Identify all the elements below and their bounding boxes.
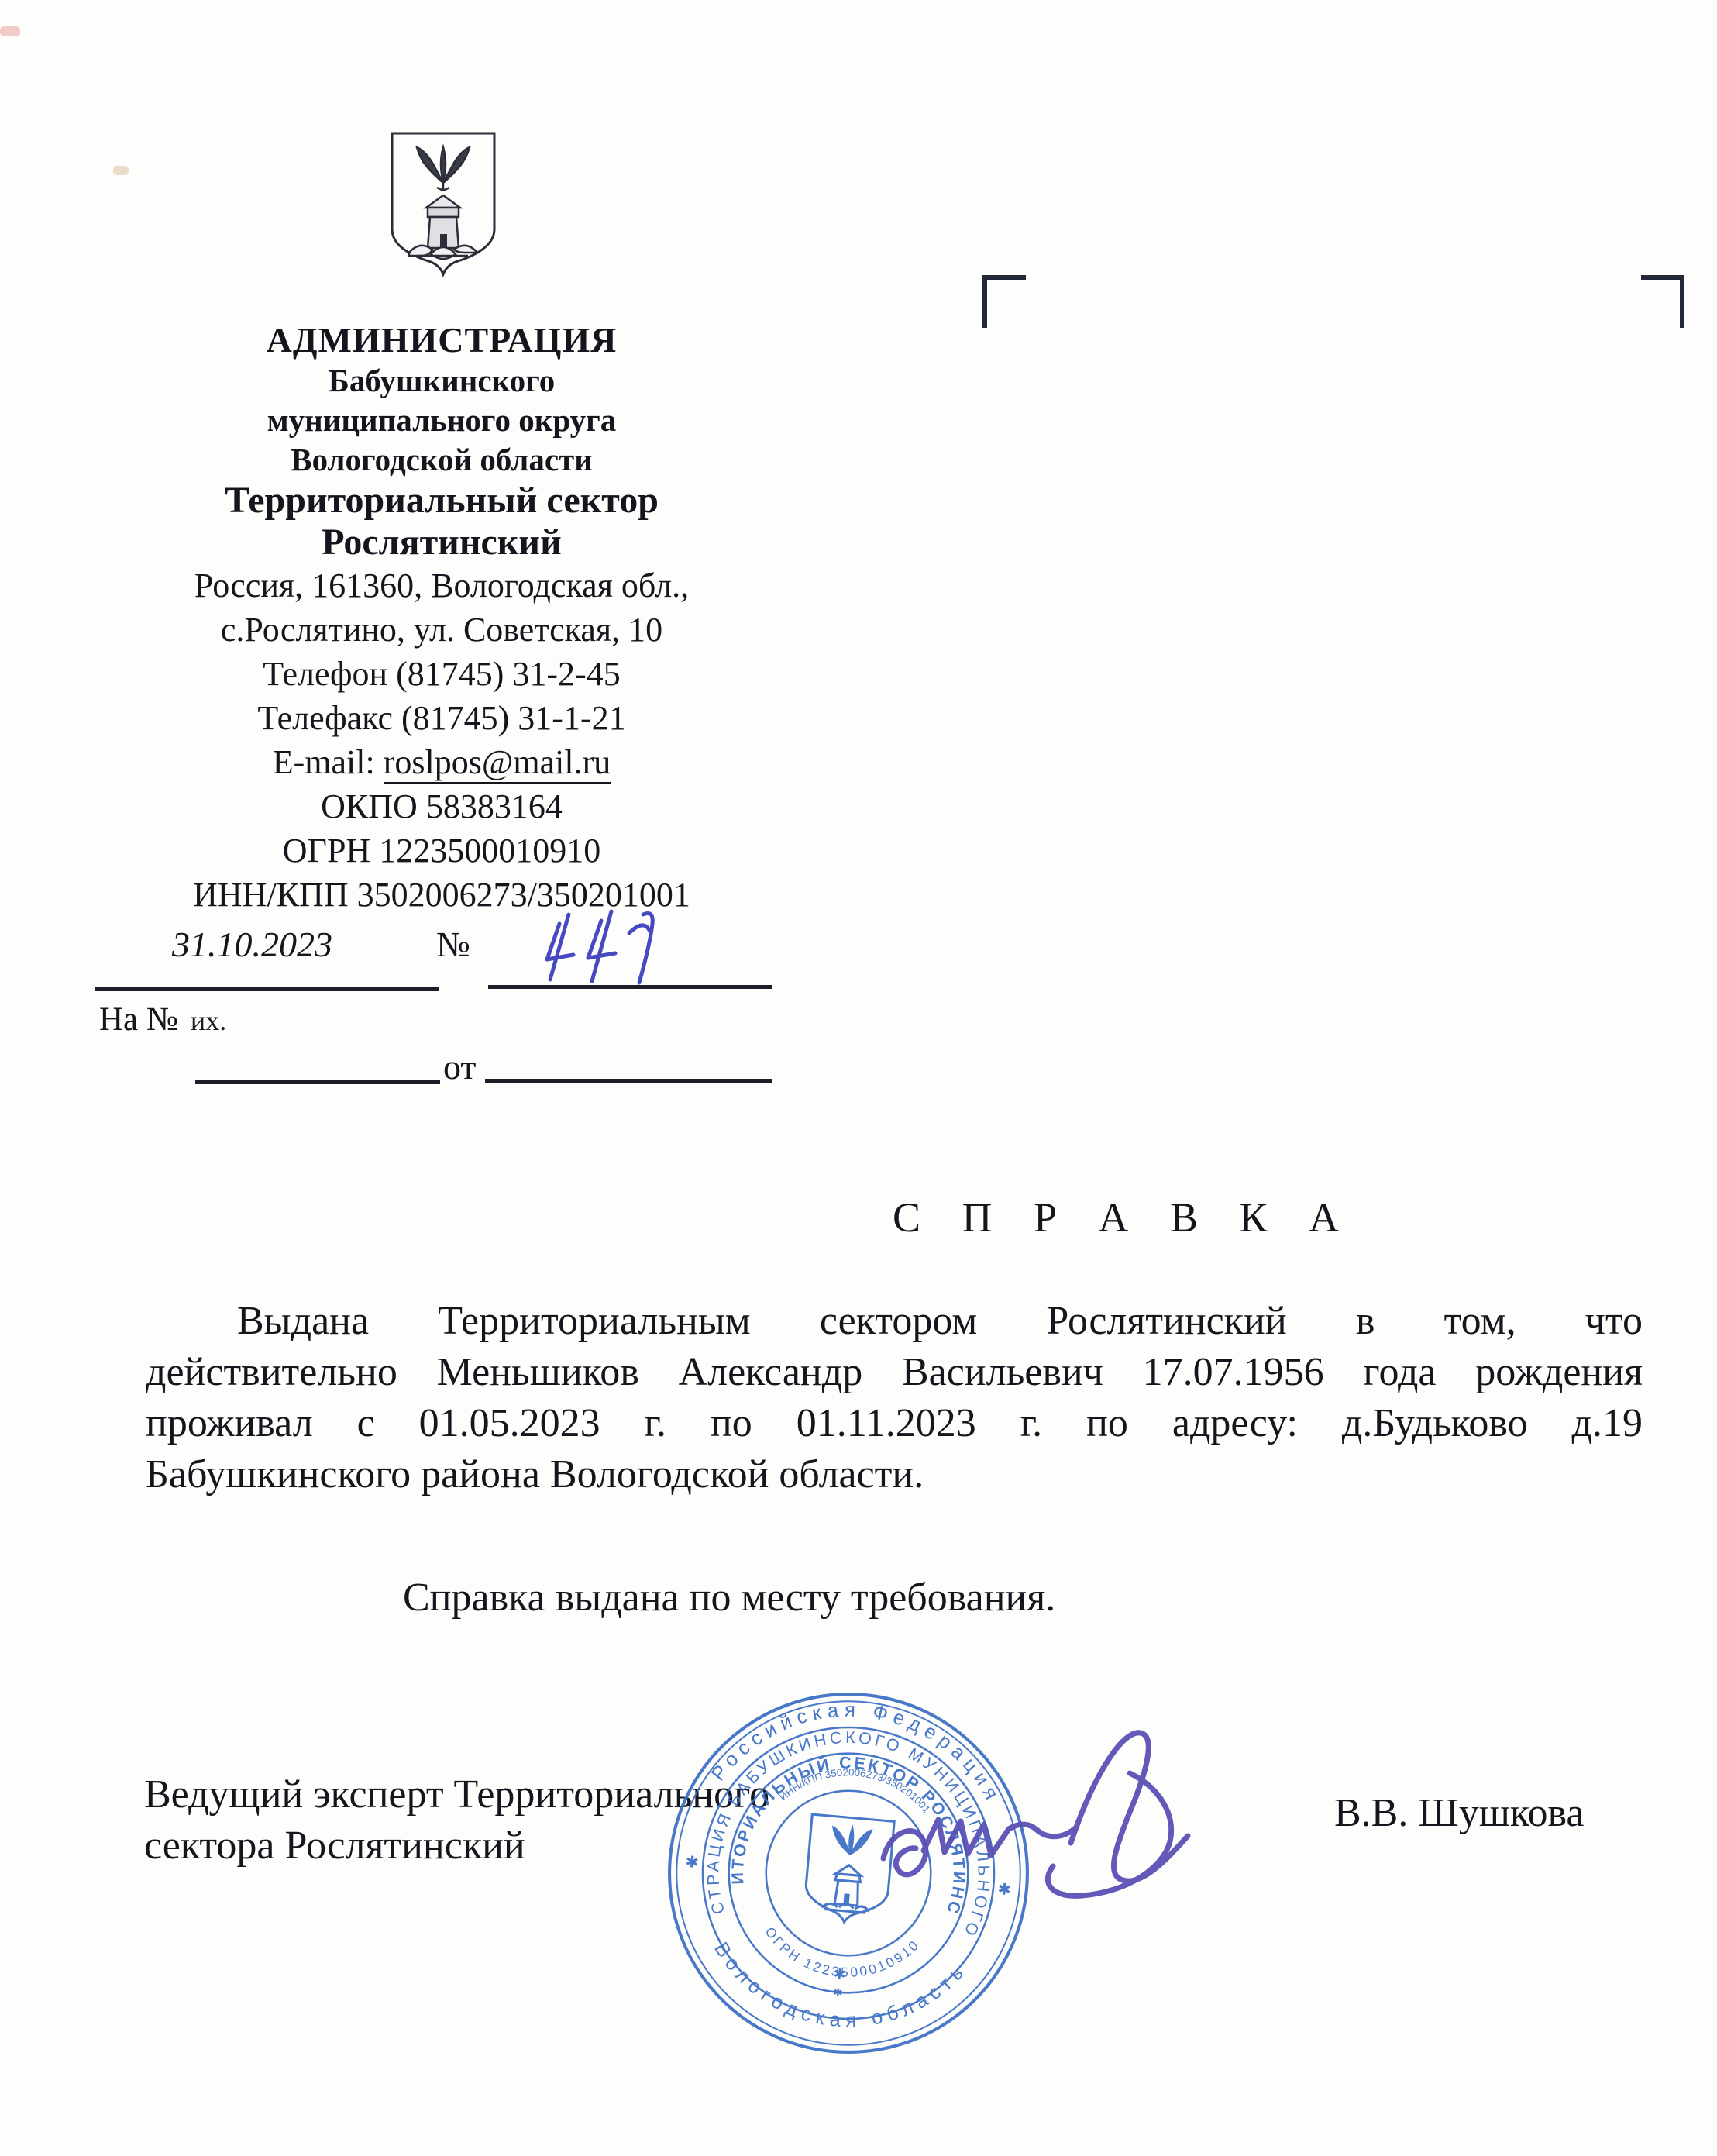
document-title: С П Р А В К А xyxy=(893,1193,1354,1242)
inn-kpp-line: ИНН/КПП 3502006273/350201001 xyxy=(99,873,784,917)
email-address: roslpos@mail.ru xyxy=(384,743,611,784)
reference-row: На №их. xyxy=(99,1001,226,1038)
org-name-line2: Бабушкинского xyxy=(99,361,784,401)
body-line-1: Выдана Территориальным сектором Рослятин… xyxy=(146,1296,1643,1347)
org-name-line3: муниципального округа xyxy=(99,401,784,440)
reference-suffix: их. xyxy=(191,1005,226,1036)
body-line-4: Бабушкинского района Вологодской области… xyxy=(146,1449,1643,1500)
org-name-line1: АДМИНИСТРАЦИЯ xyxy=(99,319,784,361)
scan-smudge xyxy=(0,26,20,36)
address-line2: с.Рослятино, ул. Советская, 10 xyxy=(99,608,784,652)
email-line: E-mail: roslpos@mail.ru xyxy=(99,740,784,784)
body-line-2: действительно Меньшиков Александр Василь… xyxy=(146,1347,1643,1398)
signer-name: В.В. Шушкова xyxy=(1334,1790,1584,1836)
stamp-star-bottom-1: ✱ xyxy=(833,1965,846,1982)
tower xyxy=(426,195,460,248)
sector-name-line2: Рослятинский xyxy=(99,522,784,563)
rule-line-from xyxy=(485,1079,772,1083)
corner-bracket-right xyxy=(1641,275,1684,328)
wheat-sprig xyxy=(417,147,470,191)
okpo-line: ОКПО 58383164 xyxy=(99,784,784,828)
ogrn-line: ОГРН 1223500010910 xyxy=(99,828,784,873)
email-label: E-mail: xyxy=(273,743,384,781)
from-label: от xyxy=(443,1046,477,1087)
number-sign: № xyxy=(436,924,470,965)
fax-line: Телефакс (81745) 31-1-21 xyxy=(99,696,784,740)
sector-name-line1: Территориальный сектор xyxy=(99,480,784,522)
scan-speck xyxy=(113,166,129,175)
stamp-star-left: ✱ xyxy=(685,1854,700,1872)
coat-of-arms-icon xyxy=(381,127,505,282)
letterhead-block: АДМИНИСТРАЦИЯ Бабушкинского муниципально… xyxy=(99,319,784,917)
document-date: 31.10.2023 xyxy=(172,924,332,965)
org-name-line4: Вологодской области xyxy=(99,440,784,480)
reference-label: На № xyxy=(99,1001,178,1038)
issued-note: Справка выдана по месту требования. xyxy=(403,1575,1055,1620)
rule-line-date xyxy=(95,987,439,991)
rule-line-ref xyxy=(195,1080,440,1084)
corner-bracket-left xyxy=(982,275,1026,328)
document-page: АДМИНИСТРАЦИЯ Бабушкинского муниципально… xyxy=(0,0,1717,2156)
phone-line: Телефон (81745) 31-2-45 xyxy=(99,652,784,696)
rule-line-number xyxy=(488,985,772,989)
body-line-3: проживал с 01.05.2023 г. по 01.11.2023 г… xyxy=(146,1398,1643,1449)
signer-position-line2: сектора Рослятинский xyxy=(144,1823,525,1868)
body-paragraph: Выдана Территориальным сектором Рослятин… xyxy=(146,1296,1643,1500)
handwritten-signature xyxy=(798,1682,1278,1937)
stamp-star-bottom-2: ✱ xyxy=(833,1986,843,1999)
address-line1: Россия, 161360, Вологодская обл., xyxy=(99,563,784,608)
